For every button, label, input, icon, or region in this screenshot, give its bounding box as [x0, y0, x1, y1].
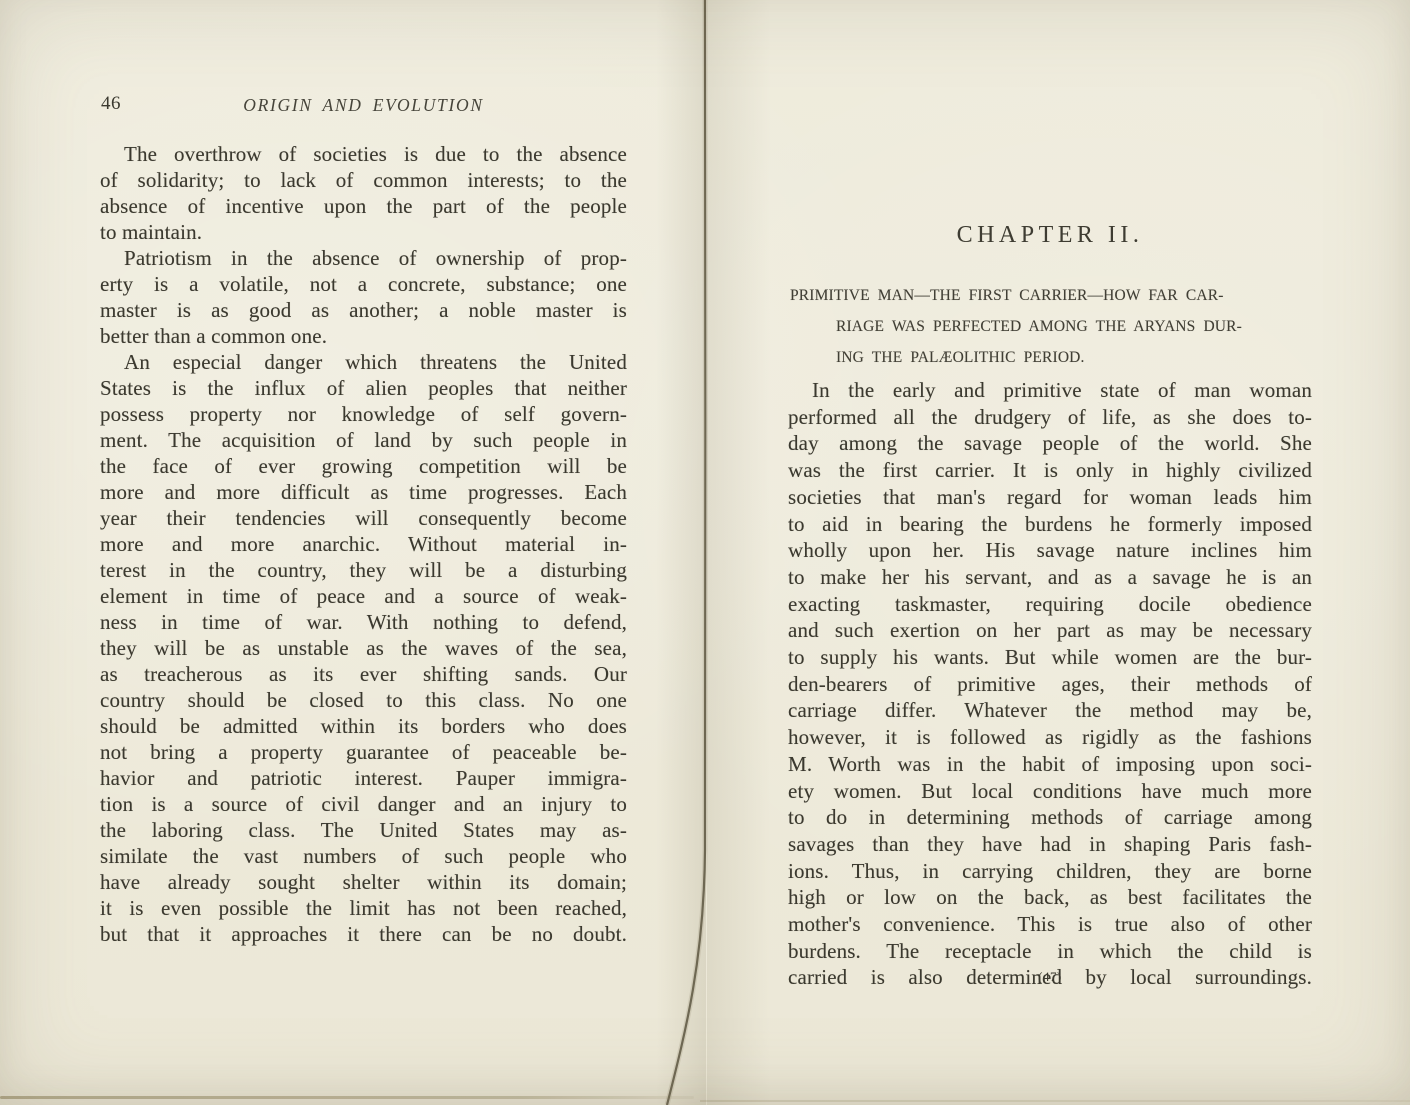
text-line: and such exertion on her part as may be … [788, 617, 1312, 644]
text-line: erty is a volatile, not a concrete, subs… [100, 271, 627, 297]
text-line: master is as good as another; a noble ma… [100, 297, 627, 323]
text-line: year their tendencies will consequently … [100, 505, 627, 531]
text-line: ety women. But local conditions have muc… [788, 778, 1312, 805]
text-line: more and more anarchic. Without material… [100, 531, 627, 557]
text-line: day among the savage people of the world… [788, 430, 1312, 457]
body-text-left: The overthrow of societies is due to the… [100, 141, 627, 947]
book-gutter [630, 0, 780, 1105]
text-line: societies that man's regard for woman le… [788, 484, 1312, 511]
text-line: it is even possible the limit has not be… [100, 895, 627, 921]
text-line: havior and patriotic interest. Pauper im… [100, 765, 627, 791]
text-line: terest in the country, they will be a di… [100, 557, 627, 583]
text-line: more and more difficult as time progress… [100, 479, 627, 505]
text-line: however, it is followed as rigidly as th… [788, 724, 1312, 751]
text-line: ment. The acquisition of land by such pe… [100, 427, 627, 453]
text-line: ions. Thus, in carrying children, they a… [788, 858, 1312, 885]
running-header: ORIGIN AND EVOLUTION [100, 95, 627, 116]
text-line: to make her his servant, and as a savage… [788, 564, 1312, 591]
text-line: element in time of peace and a source of… [100, 583, 627, 609]
gutter-fold-line [630, 0, 780, 1105]
text-line: absence of incentive upon the part of th… [100, 193, 627, 219]
text-line: was the first carrier. It is only in hig… [788, 457, 1312, 484]
text-line: Patriotism in the absence of ownership o… [100, 245, 627, 271]
text-line: to do in determining methods of carriage… [788, 804, 1312, 831]
text-line: wholly upon her. His savage nature incli… [788, 537, 1312, 564]
chapter-subtitle: PRIMITIVE MAN—THE FIRST CARRIER—HOW FAR … [790, 280, 1312, 373]
text-line: burdens. The receptacle in which the chi… [788, 938, 1312, 965]
text-line: possess property nor knowledge of self g… [100, 401, 627, 427]
text-line: In the early and primitive state of man … [788, 377, 1312, 404]
text-line: to supply his wants. But while women are… [788, 644, 1312, 671]
text-line: exacting taskmaster, requiring docile ob… [788, 591, 1312, 618]
text-line: tion is a source of civil danger and an … [100, 791, 627, 817]
text-line: to maintain. [100, 219, 627, 245]
chapter-heading: CHAPTER II. [788, 222, 1312, 249]
text-line: the face of ever growing competition wil… [100, 453, 627, 479]
text-line: M. Worth was in the habit of imposing up… [788, 751, 1312, 778]
text-line: performed all the drudgery of life, as s… [788, 404, 1312, 431]
text-line: not bring a property guarantee of peacea… [100, 739, 627, 765]
text-line: ness in time of war. With nothing to def… [100, 609, 627, 635]
text-line: have already sought shelter within its d… [100, 869, 627, 895]
text-line: States is the influx of alien peoples th… [100, 375, 627, 401]
text-line: den-bearers of primitive ages, their met… [788, 671, 1312, 698]
text-line: The overthrow of societies is due to the… [100, 141, 627, 167]
text-line: to aid in bearing the burdens he formerl… [788, 511, 1312, 538]
text-line: ING THE PALÆOLITHIC PERIOD. [790, 342, 1312, 373]
text-line: country should be closed to this class. … [100, 687, 627, 713]
body-text-right: In the early and primitive state of man … [788, 377, 1312, 991]
text-line: savages than they have had in shaping Pa… [788, 831, 1312, 858]
text-line: better than a common one. [100, 323, 627, 349]
text-line: An especial danger which threatens the U… [100, 349, 627, 375]
text-line: high or low on the back, as best facilit… [788, 884, 1312, 911]
text-line: similate the vast numbers of such people… [100, 843, 627, 869]
page-number-right: (47) [788, 969, 1312, 985]
text-line: but that it approaches it there can be n… [100, 921, 627, 947]
text-line: the laboring class. The United States ma… [100, 817, 627, 843]
text-line: RIAGE WAS PERFECTED AMONG THE ARYANS DUR… [790, 311, 1312, 342]
text-line: of solidarity; to lack of common interes… [100, 167, 627, 193]
text-line: PRIMITIVE MAN—THE FIRST CARRIER—HOW FAR … [790, 280, 1312, 311]
text-line: they will be as unstable as the waves of… [100, 635, 627, 661]
text-line: as treacherous as its ever shifting sand… [100, 661, 627, 687]
text-line: carriage differ. Whatever the method may… [788, 697, 1312, 724]
text-line: mother's convenience. This is true also … [788, 911, 1312, 938]
text-line: should be admitted within its borders wh… [100, 713, 627, 739]
